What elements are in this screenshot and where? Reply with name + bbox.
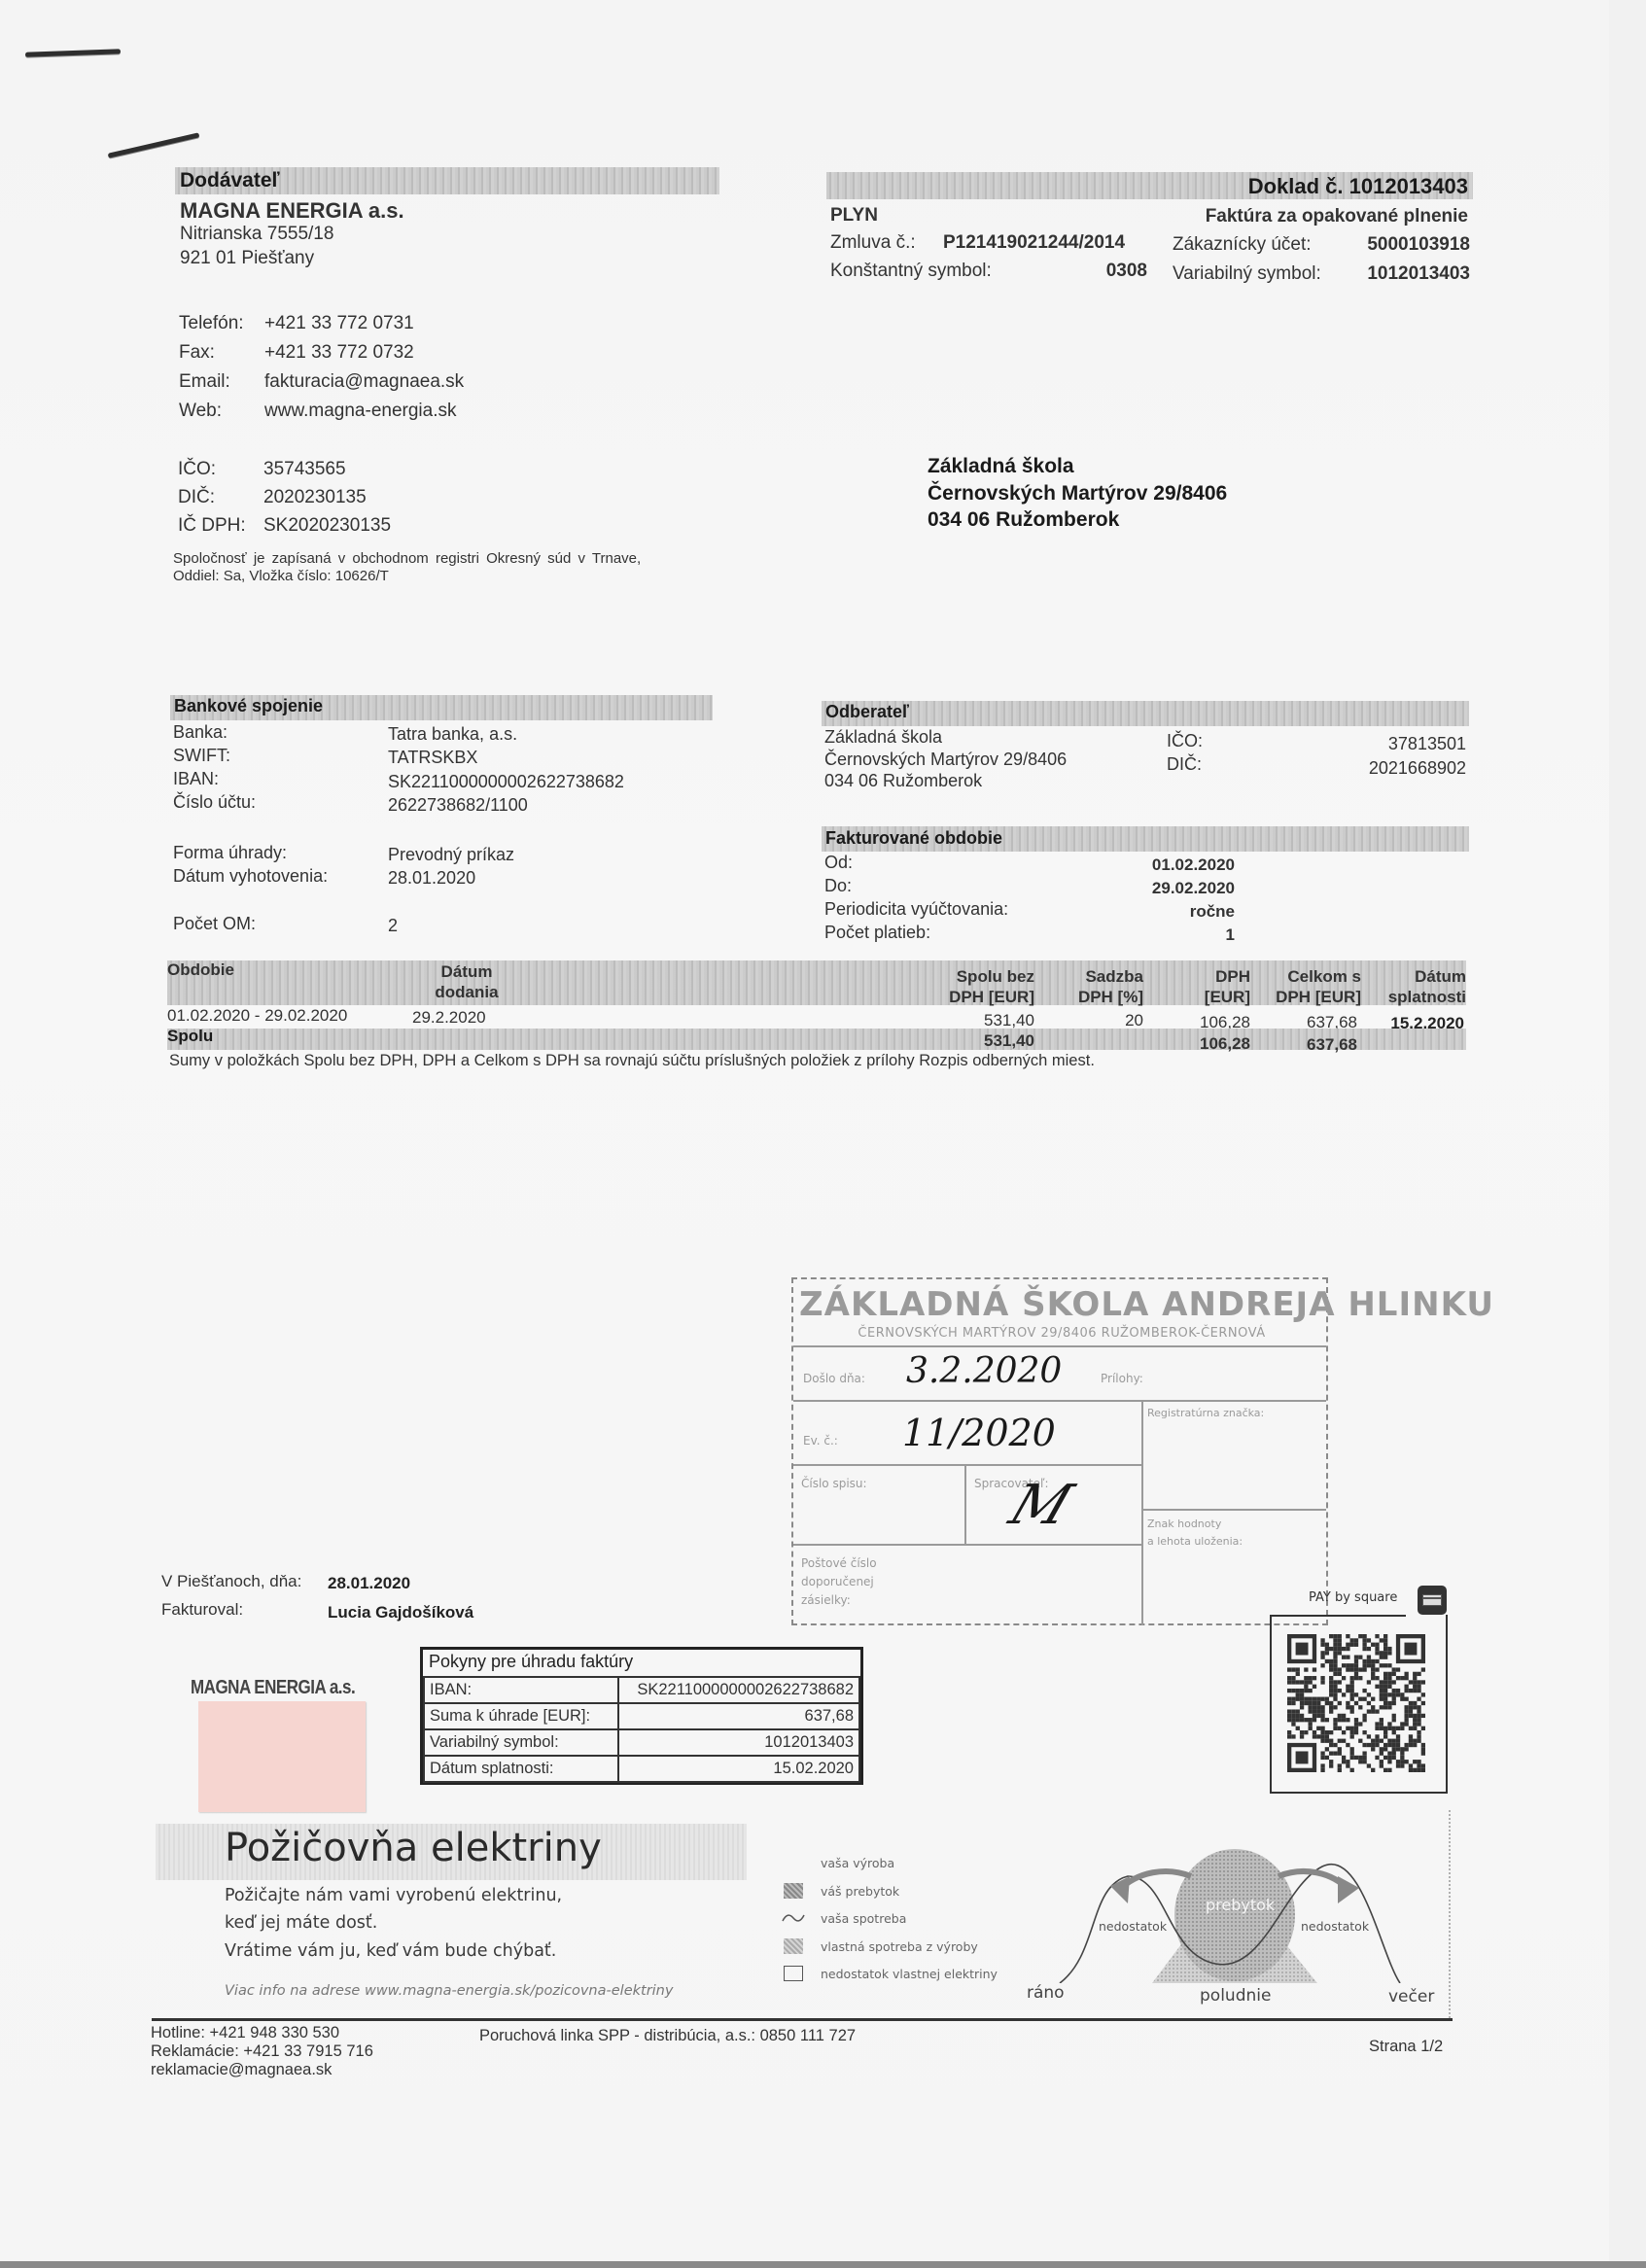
registry-mark-label: Registratúrna značka: [1147, 1406, 1264, 1421]
bank-title: Bankové spojenie [174, 696, 323, 716]
promo-divider [152, 2018, 1453, 2021]
scan-edge [0, 2261, 1646, 2268]
dic-label: DIČ: [178, 487, 215, 508]
col-gross: Celkom s DPH [EUR] [1254, 966, 1361, 1007]
retention-label: Znak hodnoty [1147, 1517, 1221, 1532]
om-count-label: Počet OM: [173, 914, 256, 934]
customer-ico-label: IČO: [1167, 731, 1203, 751]
col-rate-l2: DPH [%] [1050, 987, 1143, 1007]
supplier-title: Dodávateľ [180, 169, 280, 192]
email-label: Email: [179, 371, 230, 393]
table-row: Variabilný symbol: 1012013403 [424, 1729, 859, 1756]
supplier-name: MAGNA ENERGIA a.s. [180, 198, 404, 224]
col-vat-l2: [EUR] [1186, 987, 1250, 1007]
total-net: 531,40 [914, 1031, 1034, 1051]
commodity: PLYN [830, 205, 878, 227]
vat-id-label: IČ DPH: [178, 515, 246, 537]
vat-id-value: SK2020230135 [263, 515, 391, 537]
customer-line-2: Černovských Martýrov 29/8406 [824, 750, 1067, 770]
payment-instructions-title: Pokyny pre úhradu faktúry [429, 1652, 633, 1672]
bank-label: Banka: [173, 722, 228, 743]
payment-count-value: 1 [1069, 925, 1235, 945]
payment-count-label: Počet platieb: [824, 923, 930, 943]
col-rate-l1: Sadzba [1050, 966, 1143, 987]
diagram-morning: ráno [1027, 1983, 1065, 2003]
legend-production: vaša výroba [821, 1856, 894, 1870]
pay-vs-label: Variabilný symbol: [424, 1729, 618, 1756]
promo-line-3: Vrátime vám ju, keď vám bude chýbať. [225, 1941, 556, 1961]
iban-label: IBAN: [173, 769, 219, 789]
reg-number-handwritten: 11/2020 [902, 1412, 1056, 1454]
post-label-2: doporučenej [801, 1574, 874, 1589]
swift-label: SWIFT: [173, 746, 230, 766]
col-vat-l1: DPH [1186, 966, 1250, 987]
wave-icon [782, 1911, 805, 1925]
col-rate: Sadzba DPH [%] [1050, 966, 1143, 1007]
payment-instructions-box: Pokyny pre úhradu faktúry IBAN: SK221100… [420, 1647, 863, 1785]
iban-value: SK2211000000002622738682 [388, 772, 624, 792]
qr-code[interactable] [1287, 1634, 1425, 1772]
reg-number-label: Ev. č.: [803, 1433, 838, 1448]
constant-symbol-label: Konštantný symbol: [830, 261, 992, 282]
customer-title: Odberateľ [825, 702, 909, 722]
received-date-handwritten: 3.2.2020 [906, 1351, 1062, 1391]
period-to-value: 29.02.2020 [1069, 879, 1235, 898]
company-stamp: MAGNA ENERGIA a.s. [191, 1676, 355, 1699]
diagram-noon: poludnie [1200, 1986, 1271, 2006]
stamp-divider [1141, 1509, 1326, 1511]
variable-symbol-label: Variabilný symbol: [1173, 263, 1321, 285]
row-period: 01.02.2020 - 29.02.2020 [167, 1006, 347, 1026]
col-delivery-date-l1: Dátum [408, 961, 525, 982]
constant-symbol-value: 0308 [1069, 261, 1147, 282]
pay-iban-value: SK2211000000002622738682 [618, 1677, 859, 1703]
pay-amount-value: 637,68 [618, 1703, 859, 1729]
post-label-3: zásielky: [801, 1592, 851, 1608]
recipient-line-2: Černovských Martýrov 29/8406 [928, 482, 1227, 506]
billing-frequency-value: ročne [1069, 902, 1235, 922]
ico-label: IČO: [178, 459, 216, 480]
email-link[interactable]: fakturacia@magnaea.sk [264, 371, 464, 393]
col-due-date: Dátum splatnosti [1371, 966, 1466, 1007]
col-delivery-date: Dátum dodania [408, 961, 525, 1002]
pay-due-label: Dátum splatnosti: [424, 1756, 618, 1782]
period-title: Fakturované obdobie [825, 828, 1002, 849]
col-gross-l1: Celkom s [1254, 966, 1361, 987]
row-net: 531,40 [914, 1011, 1034, 1030]
stamp-divider [793, 1464, 1141, 1466]
col-delivery-date-l2: dodania [408, 982, 525, 1002]
registry-stamp: ZÁKLADNÁ ŠKOLA ANDREJA HLINKU ČERNOVSKÝC… [791, 1277, 1328, 1625]
table-row: Dátum splatnosti: 15.02.2020 [424, 1756, 859, 1782]
stamp-divider [793, 1345, 1326, 1347]
total-label: Spolu [167, 1027, 213, 1046]
stamp-title: ZÁKLADNÁ ŠKOLA ANDREJA HLINKU [799, 1285, 1324, 1324]
issue-date-value: 28.01.2020 [388, 868, 475, 889]
legend-surplus-swatch [784, 1883, 803, 1899]
customer-dic-value: 2021668902 [1313, 758, 1466, 779]
card-icon [1418, 1586, 1447, 1615]
attachments-label: Prílohy: [1101, 1371, 1143, 1386]
col-due-l2: splatnosti [1371, 987, 1466, 1007]
registry-note: Spoločnosť je zapísaná v obchodnom regis… [173, 550, 641, 567]
payment-form-label: Forma úhrady: [173, 843, 287, 863]
fax-label: Fax: [179, 342, 215, 364]
supplier-street: Nitrianska 7555/18 [180, 224, 333, 245]
recipient-line-3: 034 06 Ružomberok [928, 508, 1119, 532]
phone-label: Telefón: [179, 313, 244, 334]
sticky-note [198, 1701, 366, 1812]
legend-self-consumption-swatch [784, 1938, 803, 1954]
legend-shortage: nedostatok vlastnej elektriny [821, 1967, 998, 1981]
table-row: Suma k úhrade [EUR]: 637,68 [424, 1703, 859, 1729]
stamp-divider [964, 1464, 966, 1544]
diagram-evening: večer [1388, 1987, 1434, 2006]
account-label: Číslo účtu: [173, 792, 256, 813]
received-label: Došlo dňa: [803, 1371, 865, 1386]
stamp-divider [793, 1400, 1326, 1402]
web-label: Web: [179, 401, 222, 422]
registry-note-2: Oddiel: Sa, Vložka číslo: 10626/T [173, 568, 389, 584]
stamp-subtitle: ČERNOVSKÝCH MARTÝROV 29/8406 RUŽOMBEROK-… [799, 1326, 1324, 1341]
col-net: Spolu bez DPH [EUR] [914, 966, 1034, 1007]
retention-label-2: a lehota uloženia: [1147, 1534, 1243, 1550]
pay-due-value: 15.02.2020 [618, 1756, 859, 1782]
phone-value: +421 33 772 0731 [264, 313, 414, 334]
customer-account-value: 5000103918 [1322, 234, 1470, 256]
col-period: Obdobie [167, 960, 234, 980]
swift-value: TATRSKBX [388, 748, 477, 768]
post-label: Poštové číslo [801, 1555, 877, 1571]
variable-symbol-value: 1012013403 [1322, 263, 1470, 285]
pay-by-square-label: PAY by square [1309, 1590, 1397, 1605]
stamp-divider [793, 1544, 1141, 1546]
issue-date-label: Dátum vyhotovenia: [173, 866, 328, 887]
pay-iban-label: IBAN: [424, 1677, 618, 1703]
customer-ico-value: 37813501 [1313, 734, 1466, 754]
place-date-value: 28.01.2020 [328, 1574, 410, 1593]
row-rate: 20 [1050, 1011, 1143, 1030]
invoiced-by-value: Lucia Gajdošíková [328, 1603, 473, 1622]
recipient-line-1: Základná škola [928, 455, 1074, 478]
table-note: Sumy v položkách Spolu bez DPH, DPH a Ce… [169, 1052, 1095, 1070]
legend-self-consumption: vlastná spotreba z výroby [821, 1939, 978, 1954]
col-due-l1: Dátum [1371, 966, 1466, 987]
legend-consumption: vaša spotreba [821, 1911, 906, 1926]
period-from-value: 01.02.2020 [1069, 855, 1235, 875]
billing-frequency-label: Periodicita vyúčtovania: [824, 899, 1008, 920]
pay-vs-value: 1012013403 [618, 1729, 859, 1756]
table-row: IBAN: SK2211000000002622738682 [424, 1677, 859, 1703]
promo-line-1: Požičajte nám vami vyrobenú elektrinu, [225, 1886, 562, 1905]
dic-value: 2020230135 [263, 487, 367, 508]
period-from-label: Od: [824, 853, 853, 873]
diagram-surplus-label: prebytok [1206, 1896, 1275, 1914]
legend-surplus: váš prebytok [821, 1884, 899, 1899]
col-vat: DPH [EUR] [1186, 966, 1250, 1007]
stamp-divider [1141, 1400, 1143, 1625]
section-bar [822, 701, 1469, 726]
customer-dic-label: DIČ: [1167, 754, 1202, 775]
fax-value: +421 33 772 0732 [264, 342, 414, 364]
bank-value: Tatra banka, a.s. [388, 724, 517, 745]
period-to-label: Do: [824, 876, 852, 896]
diagram-shortage-left: nedostatok [1099, 1919, 1167, 1934]
web-link[interactable]: www.magna-energia.sk [264, 401, 456, 422]
account-value: 2622738682/1100 [388, 795, 528, 816]
promo-more-info[interactable]: Viac info na adrese www.magna-energia.sk… [225, 1983, 673, 1999]
promo-line-2: keď jej máte dosť. [225, 1913, 377, 1933]
invoice-type: Faktúra za opakované plnenie [1069, 206, 1468, 227]
col-gross-l2: DPH [EUR] [1254, 987, 1361, 1007]
legend-shortage-swatch [784, 1966, 803, 1981]
hotline: Hotline: +421 948 330 530 [151, 2023, 339, 2042]
supplier-city: 921 01 Piešťany [180, 248, 314, 269]
om-count-value: 2 [388, 916, 398, 936]
customer-account-label: Zákaznícky účet: [1173, 234, 1312, 256]
row-delivery-date: 29.2.2020 [412, 1008, 486, 1028]
diagram-shortage-right: nedostatok [1301, 1919, 1369, 1934]
place-date-label: V Piešťanoch, dňa: [161, 1572, 301, 1591]
file-number-label: Číslo spisu: [801, 1476, 867, 1491]
col-net-l2: DPH [EUR] [914, 987, 1034, 1007]
complaints-email[interactable]: reklamacie@magnaea.sk [151, 2060, 332, 2079]
complaints-phone: Reklamácie: +421 33 7915 716 [151, 2041, 373, 2061]
ico-value: 35743565 [263, 459, 346, 480]
col-net-l1: Spolu bez [914, 966, 1034, 987]
payment-instructions-table: IBAN: SK2211000000002622738682 Suma k úh… [423, 1676, 860, 1783]
energy-diagram [1021, 1847, 1449, 1983]
contract-label: Zmluva č.: [830, 232, 916, 254]
customer-line-3: 034 06 Ružomberok [824, 771, 982, 791]
page-number: Strana 1/2 [1369, 2037, 1443, 2056]
customer-line-1: Základná škola [824, 727, 942, 748]
invoiced-by-label: Fakturoval: [161, 1600, 243, 1620]
payment-form-value: Prevodný príkaz [388, 845, 514, 865]
pay-amount-label: Suma k úhrade [EUR]: [424, 1703, 618, 1729]
fault-line: Poruchová linka SPP - distribúcia, a.s.:… [479, 2026, 856, 2045]
total-vat: 106,28 [1167, 1034, 1250, 1054]
total-gross: 637,68 [1254, 1035, 1357, 1055]
promo-title: Požičovňa elektriny [225, 1826, 602, 1870]
contract-value: P121419021244/2014 [943, 232, 1125, 254]
document-number: Doklad č. 1012013403 [972, 174, 1468, 199]
